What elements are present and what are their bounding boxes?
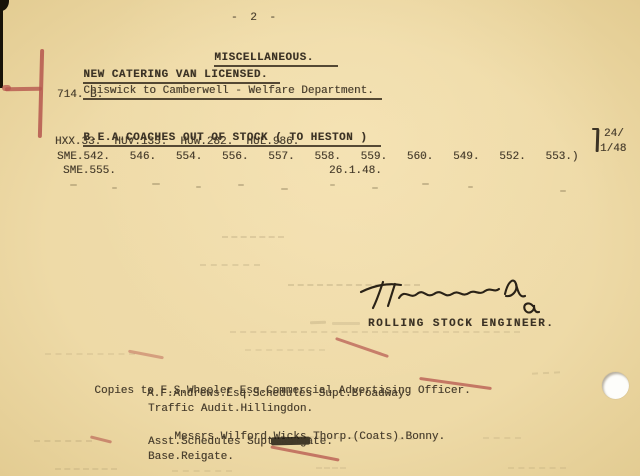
- copies-recipient-2: A.F.Andrews.Esq.Schedules Supt.Broadway.: [147, 388, 411, 400]
- scan-edge-corner: [0, 0, 9, 11]
- bea-row-sme: SME.542. 546. 554. 556. 557. 558. 559. 5…: [57, 151, 579, 163]
- catering-van-ref: 714. B.: [57, 89, 103, 101]
- document-scan: - 2 - MISCELLANEOUS. NEW CATERING VAN LI…: [0, 0, 640, 476]
- bea-row-hxx: HXX.33. HUV.135. HUW.282. HUL.986.: [55, 136, 299, 148]
- hole-punch: [602, 372, 629, 399]
- bea-row-sme555: SME.555.: [63, 165, 116, 177]
- scan-edge-strip: [0, 0, 3, 88]
- catering-van-route: Chiswick to Camberwell - Welfare Departm…: [83, 85, 381, 100]
- margin-date-bottom: 1/48: [600, 143, 626, 155]
- bleed-speck: [112, 187, 117, 189]
- margin-date-top: 24/: [604, 128, 624, 140]
- signature-handwriting: [355, 272, 555, 320]
- bleed-dash: [508, 467, 566, 469]
- bleed-speck: [70, 184, 77, 186]
- bleed-dash: [45, 353, 135, 355]
- bleed-dash: [230, 331, 520, 333]
- bleed-dash: [172, 470, 232, 472]
- red-pencil-tick-head: [2, 85, 11, 91]
- bleed-dash: [200, 264, 260, 266]
- red-pencil-mark: [335, 337, 389, 358]
- signoff-role: ROLLING STOCK ENGINEER.: [368, 318, 554, 330]
- bleed-speck: [560, 190, 566, 192]
- ink-smudge: [332, 322, 360, 325]
- bleed-dash: [34, 440, 92, 442]
- bea-date-26-1-48: 26.1.48.: [329, 165, 382, 177]
- copies-recipient-6: Base.Reigate.: [148, 451, 234, 463]
- margin-date-bracket: [596, 129, 599, 152]
- ink-smudge: [310, 321, 326, 325]
- bleed-speck: [238, 184, 244, 186]
- bleed-speck: [330, 184, 335, 186]
- bleed-speck: [281, 188, 288, 190]
- red-pencil-margin-line: [38, 49, 44, 138]
- red-pencil-tick: [90, 435, 112, 443]
- bleed-speck: [468, 186, 473, 188]
- bleed-speck: [196, 186, 201, 188]
- bleed-dash: [483, 437, 521, 439]
- bleed-dash: [222, 236, 284, 238]
- bleed-dash: [532, 371, 560, 374]
- margin-date-bracket-serif: [592, 128, 599, 130]
- bleed-speck: [422, 183, 429, 185]
- copies-recipient-3: Traffic Audit.Hillingdon.: [148, 403, 313, 415]
- bleed-dash: [245, 349, 325, 351]
- bleed-speck: [152, 183, 160, 185]
- bleed-speck: [372, 187, 378, 189]
- bleed-dash: [55, 468, 117, 470]
- bleed-dash: [316, 467, 346, 469]
- page-number: - 2 -: [231, 12, 279, 24]
